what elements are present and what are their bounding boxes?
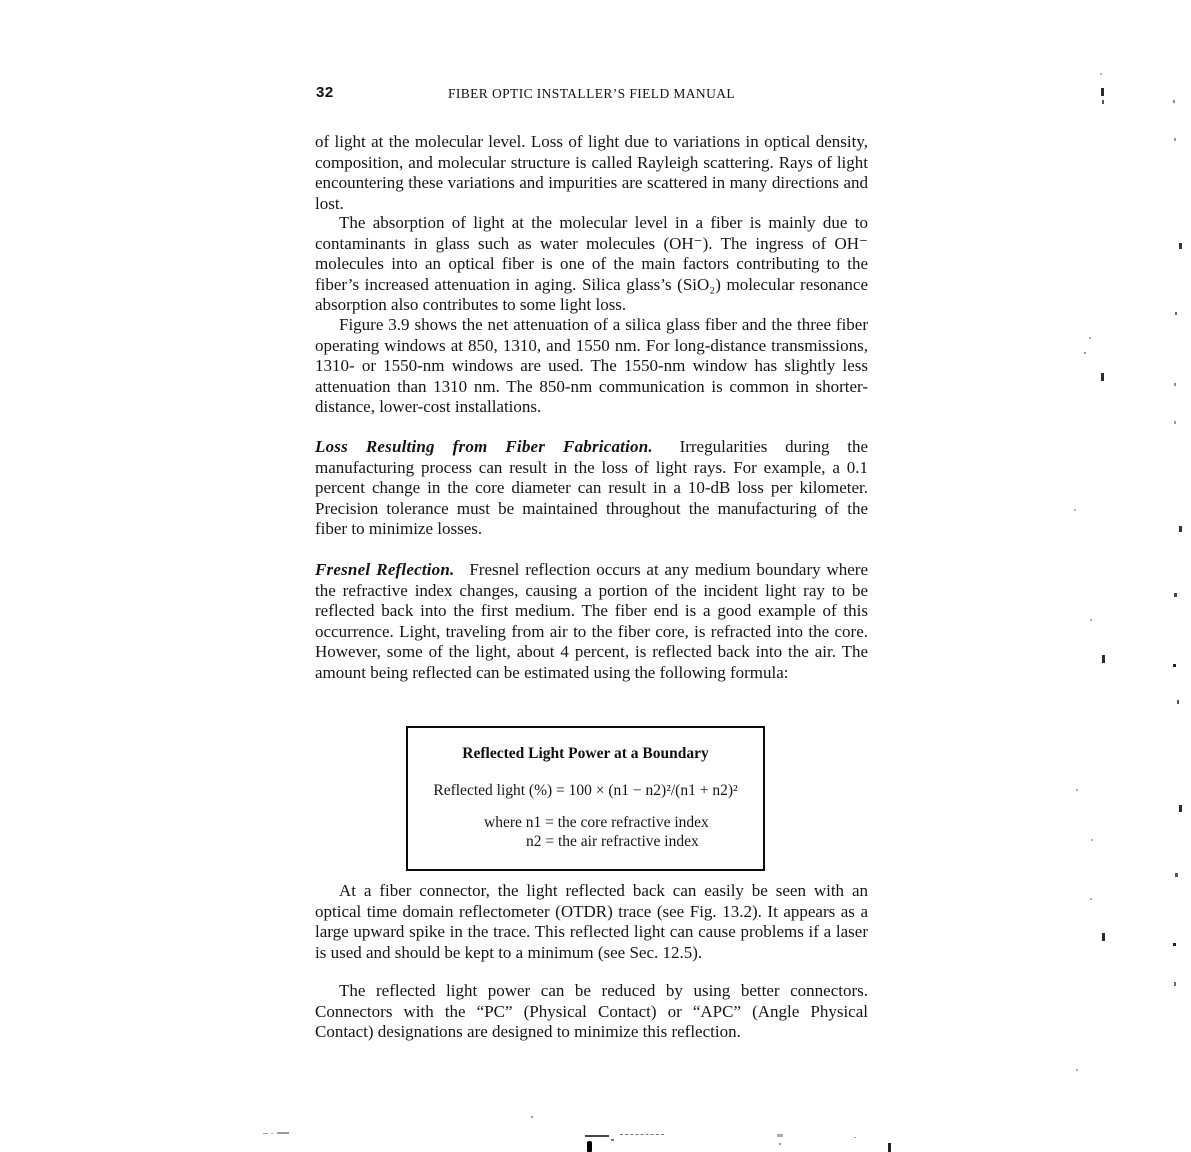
scan-speck — [1173, 664, 1176, 667]
scan-speck — [1174, 593, 1177, 597]
scan-dashed-rule — [620, 1134, 664, 1135]
scan-speck — [1074, 509, 1076, 511]
section-heading: Loss Resulting from Fiber Fabrication. — [315, 437, 662, 456]
scan-speck — [1090, 619, 1092, 621]
scan-speck — [1179, 805, 1182, 812]
scan-speck — [1175, 873, 1178, 877]
scan-speck — [1102, 933, 1105, 941]
text-column: of light at the molecular level. Loss of… — [315, 0, 868, 1152]
scan-speck — [1175, 312, 1177, 315]
scan-speck — [1179, 243, 1182, 249]
scan-speck — [1179, 526, 1182, 532]
formula-where-n1: where n1 = the core refractive index — [484, 814, 709, 833]
paragraph-absorption: The absorption of light at the molecular… — [315, 213, 868, 316]
scan-speck — [1084, 352, 1086, 354]
formula-definitions: where n1 = the core refractive index n2 … — [484, 814, 709, 851]
formula-box-title: Reflected Light Power at a Boundary — [408, 745, 763, 763]
scan-tick — [888, 1143, 891, 1152]
formula-equation: Reflected light (%) = 100 × (n1 − n2)²/(… — [408, 782, 763, 800]
scan-speck — [1173, 943, 1176, 946]
scan-speck — [1076, 1069, 1078, 1071]
scan-dash — [277, 1132, 289, 1134]
scan-speck — [1090, 898, 1092, 900]
paragraph-otdr: At a fiber connector, the light reflecte… — [315, 881, 868, 963]
section-heading: Fresnel Reflection. — [315, 560, 464, 579]
formula-box: Reflected Light Power at a Boundary Refl… — [406, 726, 765, 871]
scan-speck — [1173, 100, 1175, 103]
paragraph-figure-3-9: Figure 3.9 shows the net attenuation of … — [315, 315, 868, 418]
scan-speck — [1177, 700, 1179, 704]
paragraph-connectors: The reflected light power can be reduced… — [315, 981, 868, 1043]
section-fresnel-reflection: Fresnel Reflection. Fresnel reflection o… — [315, 560, 868, 683]
scan-speck — [1091, 839, 1093, 841]
scan-speck — [1102, 100, 1104, 104]
section-loss-fiber-fabrication: Loss Resulting from Fiber Fabrication. I… — [315, 437, 868, 540]
formula-where-n2: n2 = the air refractive index — [484, 833, 709, 852]
paragraph-rayleigh-scattering: of light at the molecular level. Loss of… — [315, 132, 868, 214]
book-page: 32 FIBER OPTIC INSTALLER’S FIELD MANUAL … — [0, 0, 1191, 1152]
scan-dash — [271, 1133, 273, 1134]
scan-blot — [587, 1141, 592, 1152]
scan-speck — [1089, 337, 1091, 339]
scan-dash — [263, 1133, 268, 1134]
scan-speck — [1174, 982, 1176, 986]
scan-speck — [1100, 73, 1102, 75]
scan-speck — [1174, 138, 1176, 141]
scan-speck — [1101, 373, 1104, 381]
scan-speck — [1101, 88, 1104, 96]
scan-speck — [1102, 655, 1105, 663]
scan-speck — [1076, 789, 1078, 791]
scan-speck — [1174, 383, 1176, 386]
scan-speck — [1174, 421, 1176, 424]
